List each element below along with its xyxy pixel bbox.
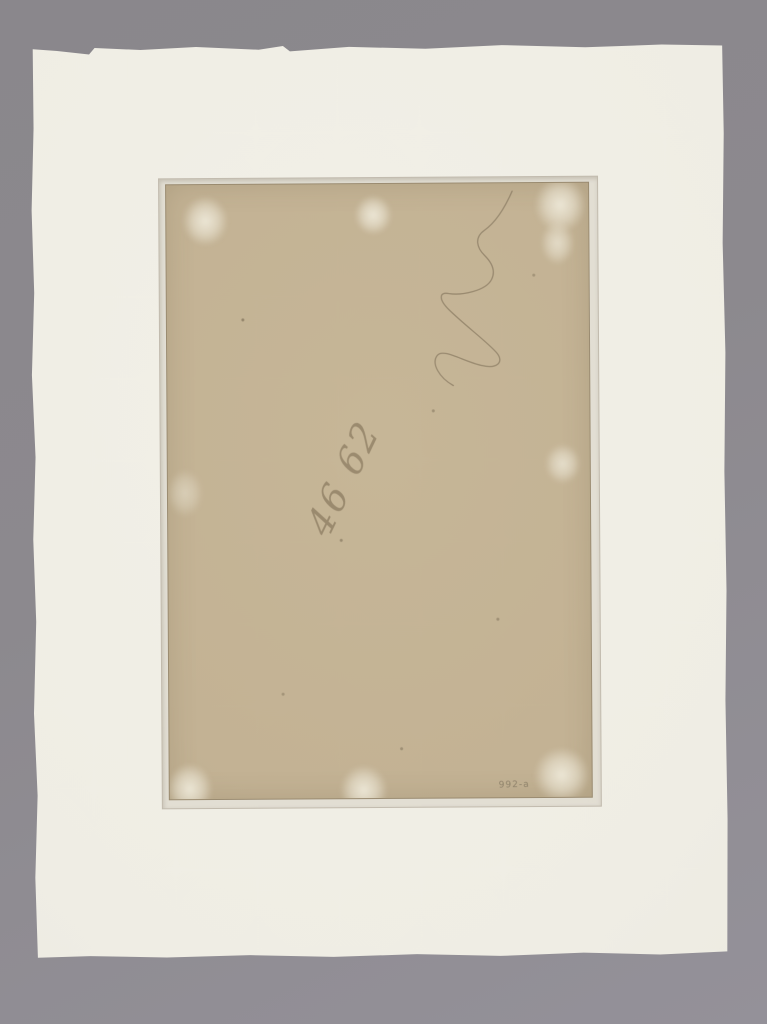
catalog-stamp: 992-a (499, 780, 530, 791)
adhesive-residue-spot (182, 196, 228, 246)
adhesive-residue-spot (545, 444, 581, 484)
mat-board: 46 62 992-a (29, 42, 730, 960)
artwork-verso-paper: 46 62 992-a (165, 182, 593, 801)
adhesive-residue-spot (167, 763, 213, 800)
pencil-inscription: 46 62 (299, 412, 388, 544)
pencil-squiggle-icon (166, 183, 593, 801)
adhesive-residue-spot (354, 195, 392, 235)
adhesive-residue-spot (340, 765, 388, 800)
adhesive-residue-spot (540, 221, 574, 265)
photo-background: 46 62 992-a (0, 0, 767, 1024)
adhesive-residue-spot (534, 747, 590, 801)
adhesive-residue-spot (167, 469, 203, 517)
